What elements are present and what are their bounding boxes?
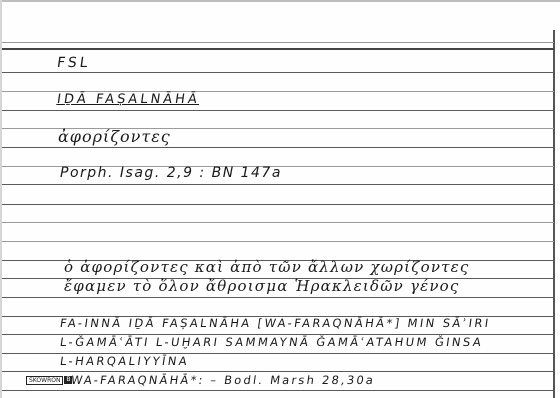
- arabic-translation-line-1: FA-INNĀ IḎĀ FAṢALNĀHA [WA-FARAQNĀHĀ*] MI…: [59, 316, 492, 330]
- ruled-line: [2, 222, 554, 223]
- greek-passage-line-1: ὁ ἀφορίζοντες καὶ ἀπὸ τῶν ἄλλων χωρίζοντ…: [64, 258, 470, 276]
- ruled-line: [2, 297, 554, 298]
- variant-note: WA-FARAQNĀHĀ*: – Bodl. Marsh 28,30a: [70, 373, 376, 387]
- card-right-edge: [553, 30, 555, 398]
- card-top-edge: [0, 0, 560, 2]
- ruled-line: [2, 72, 554, 73]
- source-reference: Porph. Isag. 2,9 : BN 147a: [60, 165, 282, 181]
- greek-passage-line-2: ἔφαμεν τὸ ὅλον ἄθροισμα Ἡρακλειδῶν γένος: [64, 277, 460, 295]
- arabic-translation-line-2: L-ǦAMĀʿĀTI L-UḪARI SAMMAYNĀ ǦAMĀʿATAHUM …: [59, 335, 484, 349]
- ruled-line: [2, 184, 554, 185]
- ruled-line: [2, 241, 554, 242]
- ruled-line: [2, 110, 554, 111]
- publisher-stamp: SKOWRON B: [26, 375, 72, 385]
- root-letters: FSL: [56, 55, 92, 71]
- greek-headword: ἀφορίζοντες: [58, 127, 171, 146]
- ruled-line-header: [2, 48, 554, 50]
- stamp-label: SKOWRON: [26, 376, 63, 385]
- ruled-line: [2, 147, 554, 148]
- card-left-edge: [0, 0, 2, 398]
- ruled-line: [2, 371, 554, 372]
- ruled-line: [2, 204, 554, 205]
- ruled-line: [2, 42, 554, 43]
- index-card: FSL IḎĀ FAṢALNĀHĀ ἀφορίζοντες Porph. Isa…: [0, 0, 560, 398]
- lemma: IḎĀ FAṢALNĀHĀ: [56, 92, 201, 107]
- arabic-translation-line-3: L-HARQALIYYĪNA: [59, 354, 190, 368]
- ruled-line: [2, 390, 554, 391]
